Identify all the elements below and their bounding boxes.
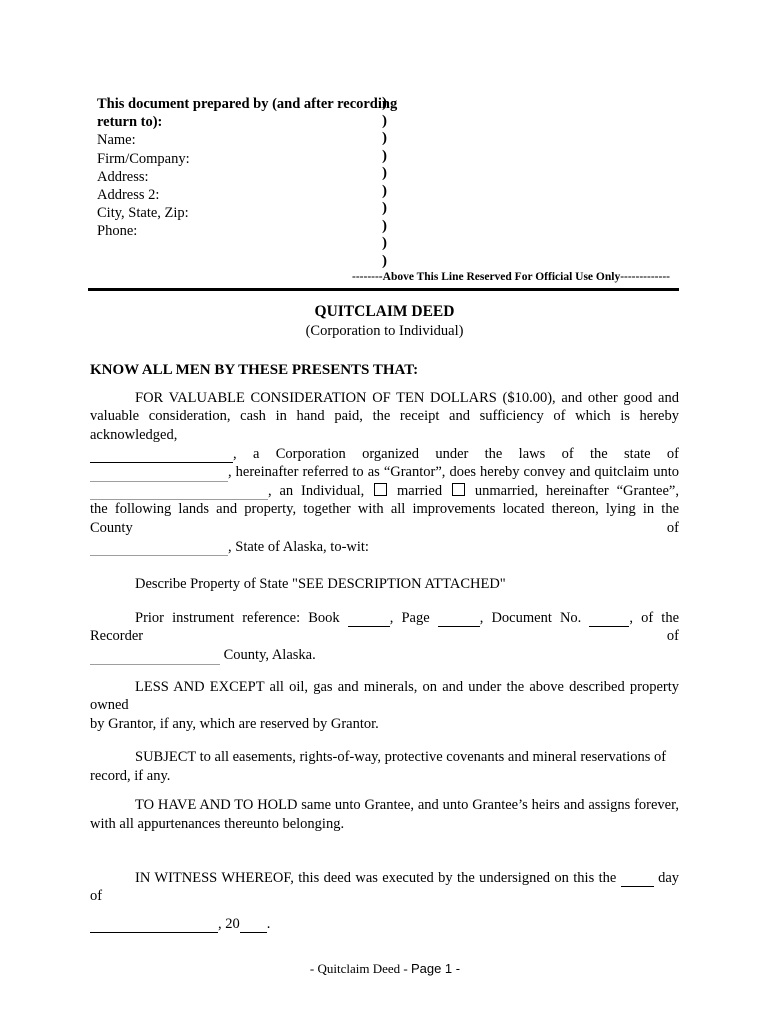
- text-line: , a Corporation organized under the laws…: [90, 445, 679, 464]
- document-no-field[interactable]: [589, 612, 629, 627]
- text-line: , State of Alaska, to-wit:: [90, 538, 679, 557]
- corporation-name-field[interactable]: [90, 448, 233, 463]
- text-run: County, Alaska.: [220, 647, 316, 663]
- paren-mark: ): [382, 235, 679, 253]
- date-line: , 20.: [90, 915, 679, 934]
- county-field[interactable]: [90, 541, 228, 556]
- text-line: LESS AND EXCEPT all oil, gas and mineral…: [90, 678, 679, 715]
- text-line: the following lands and property, togeth…: [90, 500, 679, 537]
- text-run: valuable consideration, cash in hand pai…: [90, 408, 679, 443]
- paren-mark: ): [382, 165, 679, 183]
- paren-mark: ): [382, 130, 679, 148]
- text-run: , a Corporation organized under the laws…: [233, 446, 679, 462]
- book-field[interactable]: [348, 612, 390, 627]
- text-run: , an Individual,: [268, 483, 372, 499]
- text-run: the following lands and property, togeth…: [90, 501, 679, 536]
- document-content: This document prepared by (and after rec…: [90, 95, 679, 933]
- married-checkbox[interactable]: [374, 483, 387, 496]
- year-field[interactable]: [240, 918, 267, 933]
- firm-company-label: Firm/Company:: [97, 150, 375, 168]
- grantee-name-field[interactable]: [90, 485, 268, 500]
- text-line: valuable consideration, cash in hand pai…: [90, 407, 679, 444]
- title-block: QUITCLAIM DEED (Corporation to Individua…: [90, 303, 679, 340]
- text-run: Prior instrument reference: Book: [135, 610, 348, 626]
- text-run: record, if any.: [90, 768, 170, 784]
- text-line: , an Individual, married unmarried, here…: [90, 482, 679, 501]
- unmarried-checkbox[interactable]: [452, 483, 465, 496]
- in-witness-paragraph: IN WITNESS WHEREOF, this deed was execut…: [90, 869, 679, 906]
- paren-mark: ): [382, 183, 679, 201]
- text-run: with all appurtenances thereunto belongi…: [90, 816, 344, 832]
- opening-heading: KNOW ALL MEN BY THESE PRESENTS THAT:: [90, 361, 679, 380]
- text-run: married: [389, 483, 450, 499]
- text-line: TO HAVE AND TO HOLD same unto Grantee, a…: [90, 796, 679, 815]
- text-line: IN WITNESS WHEREOF, this deed was execut…: [90, 869, 679, 906]
- document-title: QUITCLAIM DEED: [90, 303, 679, 322]
- prepared-by-heading-line2: return to):: [97, 113, 375, 131]
- text-line: County, Alaska.: [90, 646, 679, 665]
- prior-instrument-paragraph: Prior instrument reference: Book , Page …: [90, 609, 679, 665]
- city-state-zip-label: City, State, Zip:: [97, 204, 375, 222]
- footer-page-number: Page 1 -: [411, 961, 460, 976]
- text-run: FOR VALUABLE CONSIDERATION OF TEN DOLLAR…: [135, 390, 679, 406]
- paren-mark: ): [382, 148, 679, 166]
- text-run: unmarried, hereinafter “Grantee”,: [467, 483, 679, 499]
- text-line: with all appurtenances thereunto belongi…: [90, 815, 679, 834]
- address2-label: Address 2:: [97, 186, 375, 204]
- paren-mark: ): [382, 218, 679, 236]
- prepared-by-heading-line1: This document prepared by (and after rec…: [97, 95, 375, 113]
- text-line: , hereinafter referred to as “Grantor”, …: [90, 463, 679, 482]
- footer-doc-name: - Quitclaim Deed -: [310, 961, 411, 976]
- page-field[interactable]: [438, 612, 480, 627]
- prepared-by-block: This document prepared by (and after rec…: [90, 95, 679, 284]
- state-of-incorporation-field[interactable]: [90, 467, 228, 482]
- text-line: by Grantor, if any, which are reserved b…: [90, 715, 679, 734]
- text-run: , Page: [390, 610, 438, 626]
- reserved-line-label: --------Above This Line Reserved For Off…: [352, 270, 679, 284]
- to-have-and-hold-paragraph: TO HAVE AND TO HOLD same unto Grantee, a…: [90, 796, 679, 833]
- text-run: SUBJECT to all easements, rights-of-way,…: [135, 749, 666, 765]
- paren-mark: ): [382, 200, 679, 218]
- paren-mark: ): [382, 95, 679, 113]
- text-line: SUBJECT to all easements, rights-of-way,…: [90, 748, 679, 767]
- text-run: Describe Property of State "SEE DESCRIPT…: [135, 576, 506, 592]
- describe-property-line: Describe Property of State "SEE DESCRIPT…: [90, 575, 679, 594]
- text-run: by Grantor, if any, which are reserved b…: [90, 716, 379, 732]
- text-run: LESS AND EXCEPT all oil, gas and mineral…: [90, 679, 679, 714]
- prepared-by-labels: This document prepared by (and after rec…: [90, 95, 375, 284]
- paren-mark: ): [382, 253, 679, 271]
- text-run: TO HAVE AND TO HOLD same unto Grantee, a…: [135, 797, 679, 813]
- text-line: Describe Property of State "SEE DESCRIPT…: [90, 575, 679, 594]
- month-field[interactable]: [90, 918, 218, 933]
- document-page: This document prepared by (and after rec…: [0, 0, 770, 1024]
- page-footer: - Quitclaim Deed - Page 1 -: [0, 960, 770, 979]
- subject-to-paragraph: SUBJECT to all easements, rights-of-way,…: [90, 748, 679, 785]
- text-line: , 20.: [90, 915, 679, 934]
- text-run: , hereinafter referred to as “Grantor”, …: [228, 464, 679, 480]
- address-label: Address:: [97, 168, 375, 186]
- text-line: FOR VALUABLE CONSIDERATION OF TEN DOLLAR…: [90, 389, 679, 408]
- phone-label: Phone:: [97, 222, 375, 240]
- consideration-paragraph: FOR VALUABLE CONSIDERATION OF TEN DOLLAR…: [90, 389, 679, 556]
- text-line: Prior instrument reference: Book , Page …: [90, 609, 679, 646]
- text-run: .: [267, 916, 271, 932]
- recording-stamp-column: ) ) ) ) ) ) ) ) ) ) --------Above This L…: [375, 95, 679, 284]
- text-run: , State of Alaska, to-wit:: [228, 539, 369, 555]
- text-run: IN WITNESS WHEREOF, this deed was execut…: [135, 870, 621, 886]
- day-field[interactable]: [621, 872, 654, 887]
- less-and-except-paragraph: LESS AND EXCEPT all oil, gas and mineral…: [90, 678, 679, 734]
- document-subtitle: (Corporation to Individual): [90, 322, 679, 341]
- name-label: Name:: [97, 131, 375, 149]
- text-line: record, if any.: [90, 767, 679, 786]
- recorder-county-field[interactable]: [90, 650, 220, 665]
- header-rule: [88, 288, 679, 291]
- text-run: , 20: [218, 916, 240, 932]
- paren-mark: ): [382, 113, 679, 131]
- text-run: , Document No.: [480, 610, 590, 626]
